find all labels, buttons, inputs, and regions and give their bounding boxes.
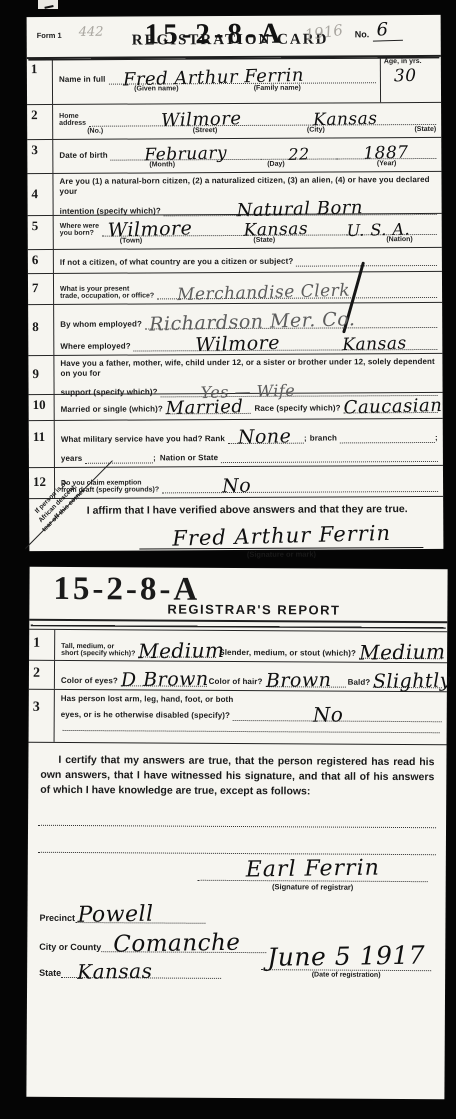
registration-card: Form 1 442 REGISTRATION CARD 15-2-8-A 19… <box>27 15 444 551</box>
registrars-report-card: 15-2-8-A REGISTRAR'S REPORT 1 Tall, medi… <box>26 567 447 1100</box>
registration-date-value: June 5 1917 <box>267 942 425 969</box>
precinct-value: Powell <box>77 903 153 926</box>
scan-edge-fragment <box>38 0 58 9</box>
height-value: Medium <box>138 640 225 661</box>
state-value: Kansas <box>77 960 152 981</box>
trade-label-line2: trade, occupation, or office? <box>60 292 154 299</box>
row-number: 3 <box>29 690 55 742</box>
alien-label: If not a citizen, of what country are yo… <box>60 257 297 268</box>
dob-day: 22 <box>288 146 310 163</box>
row-date-of-birth: 3 Date of birth February 22 1887 (Month)… <box>27 138 441 174</box>
card2-title: REGISTRAR'S REPORT <box>167 602 340 618</box>
tear-off-corner: If person is of African descent, tear of… <box>25 461 122 558</box>
row-build: 1 Tall, medium, or short (specify which)… <box>29 629 447 664</box>
precinct-label: Precinct <box>39 912 75 922</box>
hair-value: Brown <box>265 671 331 691</box>
certification-body: I certify that my answers are true, that… <box>40 754 434 798</box>
row3-extra-line <box>63 730 440 733</box>
employer-label: By whom employed? <box>60 319 145 329</box>
row-birthplace: 5 Where were you born? Wilmore Kansas U.… <box>28 214 442 250</box>
dob-label: Date of birth <box>59 151 110 161</box>
pencil-serial: 442 <box>79 25 104 40</box>
dob-month: February <box>144 145 227 164</box>
race-value: Caucasian <box>343 397 442 418</box>
born-label-line2: you born? <box>60 230 99 237</box>
registrar-signature-block: Earl Ferrin (Signature of registrar) <box>198 857 428 891</box>
build-value: Medium <box>359 641 446 662</box>
born-state-value: Kansas <box>243 221 308 240</box>
age-label: Age, in yrs. <box>384 58 438 65</box>
cap-no: (No.) <box>87 128 103 135</box>
row-number: 2 <box>29 661 55 689</box>
home-city-value: Wilmore <box>161 110 242 130</box>
military-rank-value: None <box>238 427 292 447</box>
form-number-label: Form 1 <box>37 31 62 40</box>
row-disability: 3 Has person lost arm, leg, hand, foot, … <box>29 690 447 746</box>
card-no-value: 6 <box>372 21 402 42</box>
cap-day: (Day) <box>267 161 285 168</box>
name-label: Name in full <box>59 75 109 85</box>
row-number: 2 <box>27 105 53 139</box>
row-number: 7 <box>28 274 54 304</box>
row-number: 5 <box>28 216 54 249</box>
military-punct1: ; <box>304 434 307 444</box>
row-occupation: 7 What is your present trade, occupation… <box>28 272 442 305</box>
name-value: Fred Arthur Ferrin <box>122 67 303 90</box>
where-employed-label: Where employed? <box>60 342 133 352</box>
row-home-address: 2 Home address Wilmore Kansas (No.) (Str… <box>27 103 441 140</box>
citizenship-label-line1: Are you (1) a natural-born citizen, (2) … <box>59 175 436 197</box>
registration-date-caption: (Date of registration) <box>261 971 431 979</box>
scanned-document: Form 1 442 REGISTRATION CARD 15-2-8-A 19… <box>0 0 456 1119</box>
age-value: 30 <box>394 68 417 86</box>
address-label: address <box>59 120 86 127</box>
home-state-value: Kansas <box>313 111 378 130</box>
corner-note: If person is of African descent, tear of… <box>27 473 89 536</box>
nation-state-label: Nation or State <box>160 453 221 463</box>
registrant-signature-block: Fred Arthur Ferrin (Signature or mark) <box>139 525 423 559</box>
date-of-registration-block: June 5 1917 (Date of registration) <box>261 943 431 979</box>
row-number: 1 <box>29 630 55 660</box>
row-employer: 8 By whom employed? Richardson Mer. Co. … <box>28 303 442 356</box>
row-number: 3 <box>27 140 53 173</box>
cap-state: (State) <box>414 126 436 133</box>
born-town-value: Wilmore <box>108 219 193 240</box>
dob-year: 1887 <box>363 145 409 163</box>
row-number: 10 <box>29 395 55 420</box>
row-citizenship: 4 Are you (1) a natural-born citizen, (2… <box>27 172 441 216</box>
eyes-value: D Brown <box>121 670 209 690</box>
exemption-value: No <box>222 477 252 497</box>
where-employed-city: Wilmore <box>196 334 281 355</box>
card1-header: Form 1 442 REGISTRATION CARD 15-2-8-A 19… <box>27 15 441 59</box>
registrar-signature: Earl Ferrin <box>246 857 380 881</box>
pencil-scribble: 1916 <box>304 21 344 44</box>
hair-label: Color of hair? <box>209 677 266 687</box>
branch-label: branch <box>310 433 340 443</box>
card-no-label: No. <box>355 29 370 39</box>
row-number: 6 <box>28 250 54 273</box>
dependents-label-line1: Have you a father, mother, wife, child u… <box>60 357 437 379</box>
certification-text: I certify that my answers are true, that… <box>40 753 434 801</box>
row-name: 1 Name in full Fred Arthur Ferrin (Given… <box>27 57 441 105</box>
trade-value: Merchandise Clerk <box>177 283 350 305</box>
city-county-value: Comanche <box>113 931 240 956</box>
disability-value: No <box>313 704 344 724</box>
bald-label: Bald? <box>348 678 374 688</box>
registrar-signature-caption: (Signature of registrar) <box>198 881 428 891</box>
married-value: Married <box>166 398 244 418</box>
height-label-line2: short (specify which)? <box>61 650 135 657</box>
married-label: Married or single (which)? <box>61 404 166 415</box>
disability-label-line2: eyes, or is he otherwise disabled (speci… <box>61 710 233 721</box>
state-label: State <box>39 967 61 977</box>
build-label: Slender, medium, or stout (which)? <box>219 648 359 659</box>
order-number-stamp: 15-2-8-A <box>145 18 285 52</box>
card2-header: 15-2-8-A REGISTRAR'S REPORT <box>29 567 447 622</box>
military-punct3: ; <box>153 453 156 463</box>
employer-value: Richardson Mer. Co. <box>149 310 356 334</box>
row-married-race: 10 Married or single (which)? Married Ra… <box>29 393 443 421</box>
born-nation-value: U. S. A. <box>346 221 410 239</box>
registrant-signature: Fred Arthur Ferrin <box>172 523 391 550</box>
eyes-label: Color of eyes? <box>61 676 121 686</box>
row-number: 4 <box>27 174 53 215</box>
row-dependents: 9 Have you a father, mother, wife, child… <box>28 354 442 395</box>
race-label: Race (specify which)? <box>254 403 343 413</box>
exception-line-1 <box>38 798 436 827</box>
row-number: 9 <box>28 356 54 394</box>
row-features: 2 Color of eyes? D Brown Color of hair? … <box>29 661 447 693</box>
signature-caption: (Signature or mark) <box>139 549 423 559</box>
row-alien-citizenship: 6 If not a citizen, of what country are … <box>28 248 442 274</box>
row-number: 8 <box>28 305 54 355</box>
bald-value: Slightly <box>373 671 451 691</box>
where-employed-state: Kansas <box>342 335 407 354</box>
military-punct2: ; <box>435 433 438 443</box>
exception-line-2 <box>38 825 436 854</box>
city-county-label: City or County <box>39 941 101 951</box>
military-label: What military service have you had? Rank <box>61 434 228 445</box>
registration-location-block: Precinct Powell City or County Comanche … <box>39 903 432 1015</box>
row-number: 1 <box>27 59 53 104</box>
